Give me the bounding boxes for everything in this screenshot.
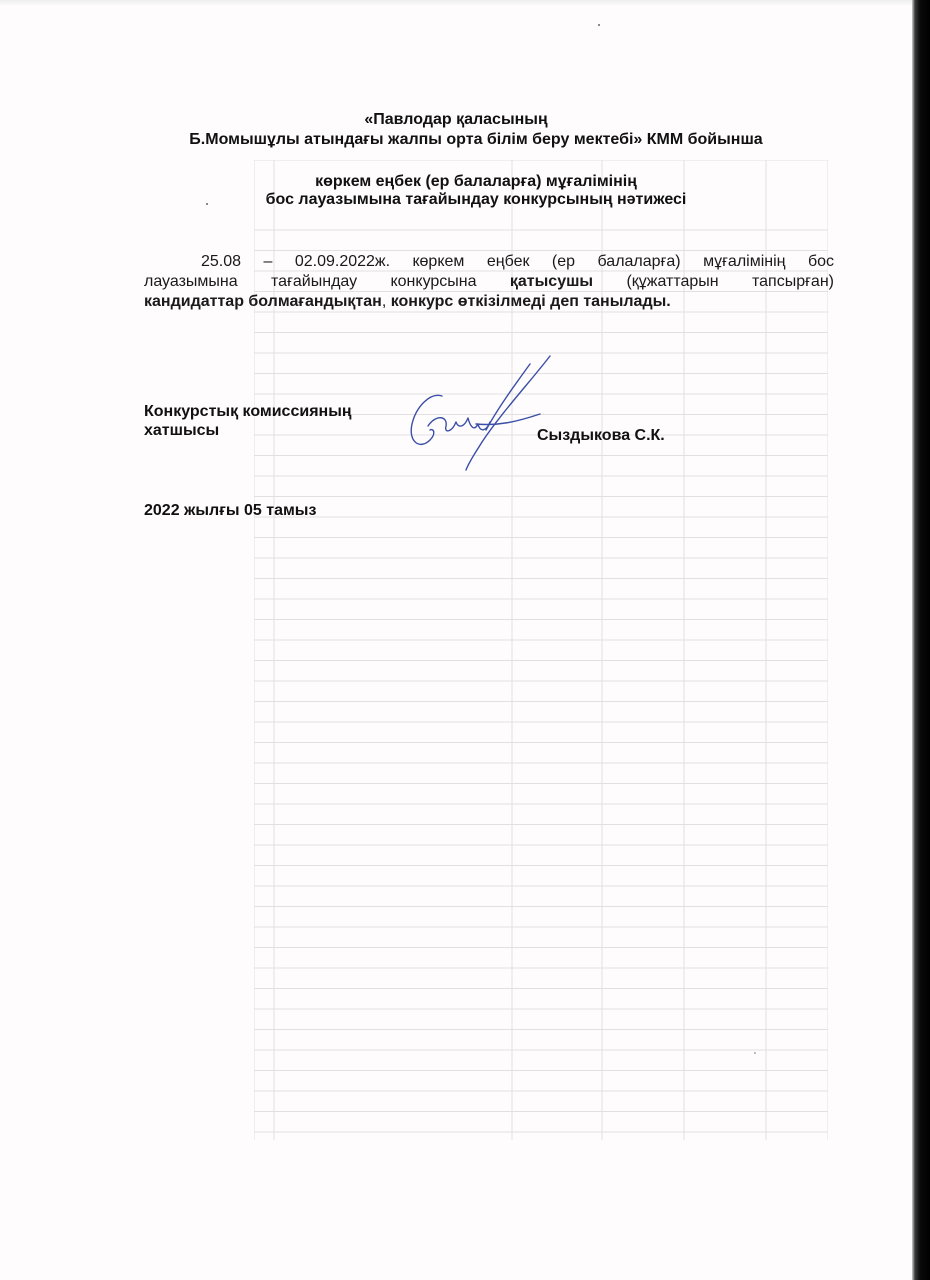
paragraph-line-2: лауазымына тағайындау конкурсына қатысуш…: [144, 272, 834, 292]
paragraph-line-1: 25.08 – 02.09.2022ж. көркем еңбек (ер ба…: [144, 252, 834, 272]
scan-speck: [754, 1052, 756, 1054]
title-line-2: бос лауазымына тағайындау конкурсының нә…: [20, 190, 930, 210]
signer-role-line-1: Конкурстық комиссияның: [144, 402, 352, 421]
participant-emphasis: қатысушы: [510, 273, 593, 290]
scanned-page: «Павлодар қаласының Б.Момышұлы атындағы …: [0, 0, 912, 1280]
signer-role: Конкурстық комиссияның хатшысы: [144, 402, 352, 440]
signer-role-line-2: хатшысы: [144, 421, 352, 440]
signer-name: Сыздыкова С.К.: [537, 427, 665, 445]
scanner-edge: [912, 0, 930, 1280]
paragraph-line-3: кандидаттар болмағандықтан, конкурс өткі…: [144, 292, 834, 312]
scan-speck: [598, 24, 600, 26]
scan-speck: [206, 203, 208, 205]
title-line-1: көркем еңбек (ер балаларға) мұғалімінің: [20, 172, 930, 192]
header-line-2: Б.Момышұлы атындағы жалпы орта білім бер…: [20, 130, 930, 150]
header-line-1: «Павлодар қаласының: [0, 110, 912, 130]
result-paragraph: 25.08 – 02.09.2022ж. көркем еңбек (ер ба…: [144, 252, 834, 312]
scan-top-shadow: [0, 0, 912, 6]
conclusion-emphasis: конкурс өткізілмеді деп танылады.: [391, 293, 671, 310]
handwritten-signature-icon: [390, 352, 560, 472]
document-date: 2022 жылғы 05 тамыз: [144, 502, 316, 520]
